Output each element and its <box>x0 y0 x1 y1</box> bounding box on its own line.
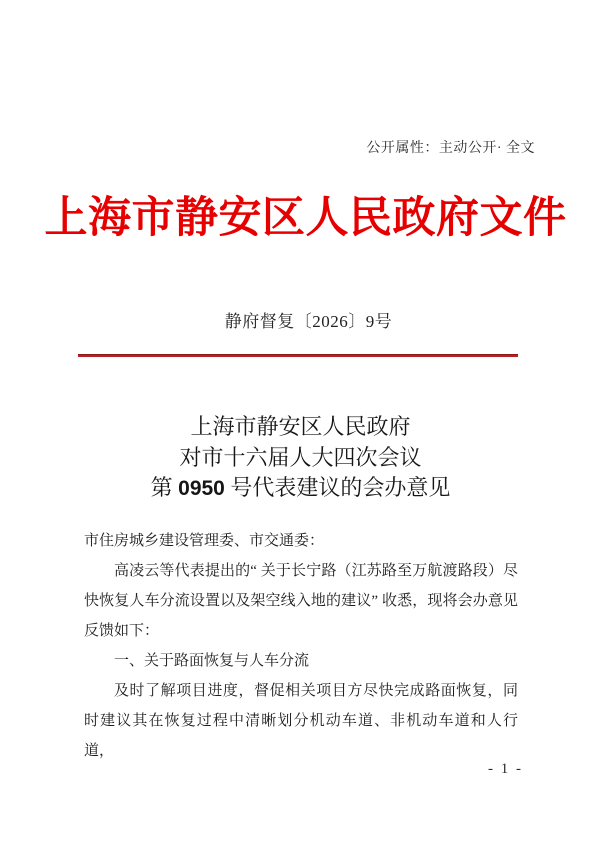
page-number: - 1 - <box>488 761 523 778</box>
subject-heading-line-2: 对市十六届人大四次会议 <box>3 443 595 474</box>
section-1-paragraph: 及时了解项目进度，督促相关项目方尽快完成路面恢复，同时建议其在恢复过程中清晰划分… <box>84 676 518 766</box>
subject-heading: 上海市静安区人民政府 对市十六届人大四次会议 第 0950 号代表建议的会办意见 <box>3 412 595 505</box>
proposal-number: 0950 <box>178 477 225 500</box>
document-reference-number: 静府督复〔2026〕9号 <box>11 307 595 332</box>
subject-heading-line-1: 上海市静安区人民政府 <box>3 412 595 443</box>
publicity-attribute-label: 公开属性：主动公开· 全文 <box>366 137 535 157</box>
red-divider-line <box>78 354 518 357</box>
subject-line-3-suffix: 号代表建议的会办意见 <box>225 475 451 500</box>
section-1-title: 一、关于路面恢复与人车分流 <box>84 646 518 676</box>
subject-heading-line-3: 第 0950 号代表建议的会办意见 <box>3 473 595 505</box>
salutation-line: 市住房城乡建设管理委、市交通委： <box>84 526 518 556</box>
intro-paragraph: 高凌云等代表提出的“ 关于长宁路（江苏路至万航渡路段）尽快恢复人车分流设置以及架… <box>84 556 518 646</box>
document-page: 公开属性：主动公开· 全文 上海市静安区人民政府文件 静府督复〔2026〕9号 … <box>0 0 595 841</box>
document-body: 市住房城乡建设管理委、市交通委： 高凌云等代表提出的“ 关于长宁路（江苏路至万航… <box>84 526 518 766</box>
document-red-header-title: 上海市静安区人民政府文件 <box>8 184 595 245</box>
subject-line-3-prefix: 第 <box>151 475 179 500</box>
